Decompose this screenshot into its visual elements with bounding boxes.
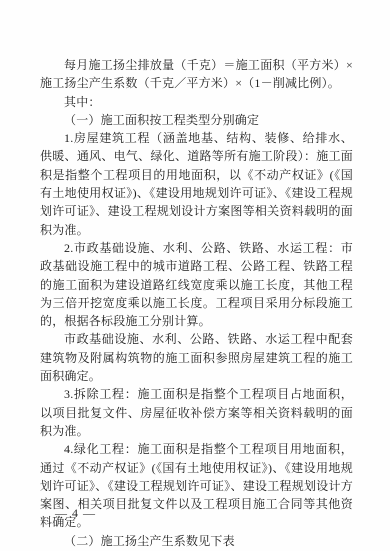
paragraph-item3-demolition-projects: 3.拆除工程：施工面积是指整个工程项目占地面积，以项目批复文件、房屋征收补偿方案… (40, 385, 353, 440)
document-body: 每月施工扬尘排放量（千克）＝施工面积（平方米）×施工扬尘产生系数（千克／平方米）… (40, 56, 353, 550)
heading-section-one-construction-area: （一）施工面积按工程类型分别确定 (40, 111, 353, 129)
paragraph-item1-building-projects: 1.房屋建筑工程（涵盖地基、结构、装修、给排水、供暖、通风、电气、绿化、道路等所… (40, 129, 353, 239)
heading-section-two-dust-coefficient: （二）施工扬尘产生系数见下表 (40, 532, 353, 550)
paragraph-item2-municipal-infrastructure: 2.市政基础设施、水利、公路、铁路、水运工程：市政基础设施工程中的城市道路工程、… (40, 239, 353, 330)
document-page: 每月施工扬尘排放量（千克）＝施工面积（平方米）×施工扬尘产生系数（千克／平方米）… (0, 0, 390, 551)
paragraph-auxiliary-structures: 市政基础设施、水利、公路、铁路、水运工程中配套建筑物及附属构筑物的施工面积参照房… (40, 330, 353, 385)
paragraph-among-which: 其中： (40, 93, 353, 111)
paragraph-emission-formula: 每月施工扬尘排放量（千克）＝施工面积（平方米）×施工扬尘产生系数（千克／平方米）… (40, 56, 353, 93)
page-number: — 4 — (55, 506, 96, 521)
